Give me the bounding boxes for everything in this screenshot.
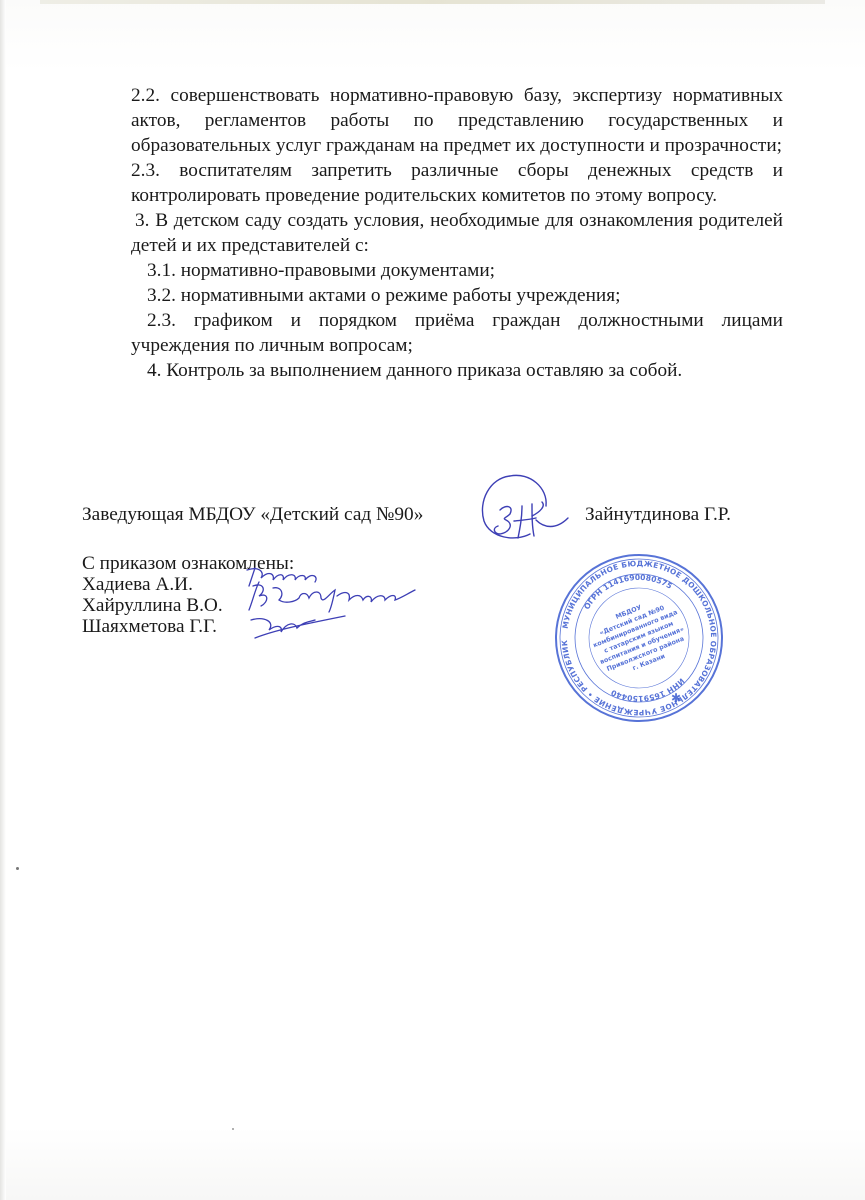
official-stamp-icon: МУНИЦИПАЛЬНОЕ БЮДЖЕТНОЕ ДОШКОЛЬНОЕ ОБРАЗ… [553,552,725,724]
paragraph-2-2: 2.2. совершенствовать нормативно-правову… [131,83,783,158]
scan-speck [232,1128,234,1130]
order-body: 2.2. совершенствовать нормативно-правову… [131,83,783,383]
paragraph-2-3-schedule: 2.3. графиком и порядком приёма граждан … [131,308,783,358]
paragraph-3: 3. В детском саду создать условия, необх… [131,208,783,258]
paragraph-3-2: 3.2. нормативными актами о режиме работы… [131,283,783,308]
head-signature-icon [470,466,580,546]
paragraph-2-3: 2.3. воспитателям запретить различные сб… [131,158,783,208]
head-position: Заведующая МБДОУ «Детский сад №90» [82,504,423,526]
scanned-page: 2.2. совершенствовать нормативно-правову… [0,0,865,1200]
paragraph-3-1: 3.1. нормативно-правовыми документами; [131,258,783,283]
svg-text:✱: ✱ [671,691,681,705]
paragraph-4: 4. Контроль за выполнением данного прика… [131,358,783,383]
staff-signatures-icon [225,560,435,650]
page-left-edge [0,0,6,1200]
page-top-edge [40,0,825,4]
head-name: Зайнутдинова Г.Р. [585,504,731,526]
scan-speck [16,867,19,870]
